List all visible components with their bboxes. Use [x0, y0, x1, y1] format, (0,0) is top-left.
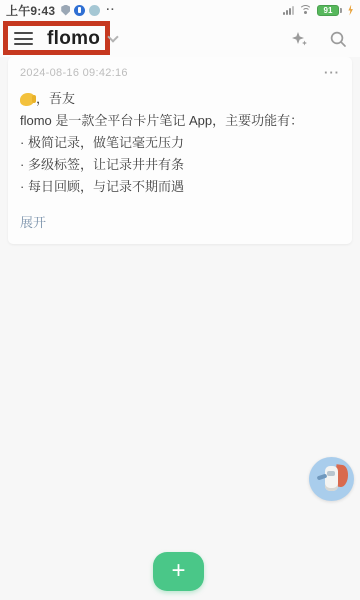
app-notification-icon-2: [89, 5, 100, 16]
mascot-body: [325, 466, 338, 491]
memo-card: 2024-08-16 09:42:16 ··· ，吾友 flomo 是一款全平台…: [8, 57, 352, 244]
app-header: flomo: [0, 20, 360, 57]
status-bar: 上午9:43 ·· 91: [0, 0, 360, 20]
feature-item: · 极简记录，做笔记毫无压力: [20, 132, 340, 154]
status-indicators: 91: [283, 5, 354, 16]
feature-item: · 多级标签，让记录井井有条: [20, 154, 340, 176]
chevron-down-icon[interactable]: [108, 31, 119, 42]
wave-emoji-icon: [20, 93, 35, 106]
more-notifications-dots: ··: [106, 4, 115, 16]
clock-time: 上午9:43: [6, 2, 55, 19]
charging-bolt-icon: [347, 5, 354, 16]
app-title[interactable]: flomo: [47, 28, 100, 50]
wifi-icon: [299, 5, 312, 15]
memo-content: ，吾友 flomo 是一款全平台卡片笔记 App，主要功能有： · 极简记录，做…: [20, 88, 340, 198]
more-options-icon[interactable]: ···: [324, 69, 340, 77]
battery-tip: [340, 8, 342, 13]
feature-list: · 极简记录，做笔记毫无压力 · 多级标签，让记录井井有条 · 每日回顾，与记录…: [20, 132, 340, 198]
menu-icon[interactable]: [14, 32, 33, 45]
plus-icon: +: [171, 559, 185, 583]
battery-level: 91: [317, 5, 339, 16]
app-notification-icon: [74, 5, 85, 16]
memo-timestamp: 2024-08-16 09:42:16: [20, 67, 128, 79]
add-memo-button[interactable]: +: [153, 552, 204, 591]
intro-line: flomo 是一款全平台卡片笔记 App，主要功能有：: [20, 110, 340, 132]
security-shield-icon: [61, 5, 70, 16]
greeting-line: ，吾友: [20, 88, 340, 110]
mascot-assistant-button[interactable]: [309, 457, 354, 501]
notification-icons: ··: [61, 4, 115, 16]
sparkle-ai-icon[interactable]: [290, 29, 310, 49]
battery-indicator: 91: [317, 5, 342, 16]
expand-link[interactable]: 展开: [20, 212, 46, 231]
cell-signal-icon: [283, 6, 294, 15]
mascot-face: [327, 471, 335, 476]
greeting-text: ，吾友: [36, 88, 75, 110]
feature-item: · 每日回顾，与记录不期而遇: [20, 176, 340, 198]
search-icon[interactable]: [328, 29, 348, 49]
